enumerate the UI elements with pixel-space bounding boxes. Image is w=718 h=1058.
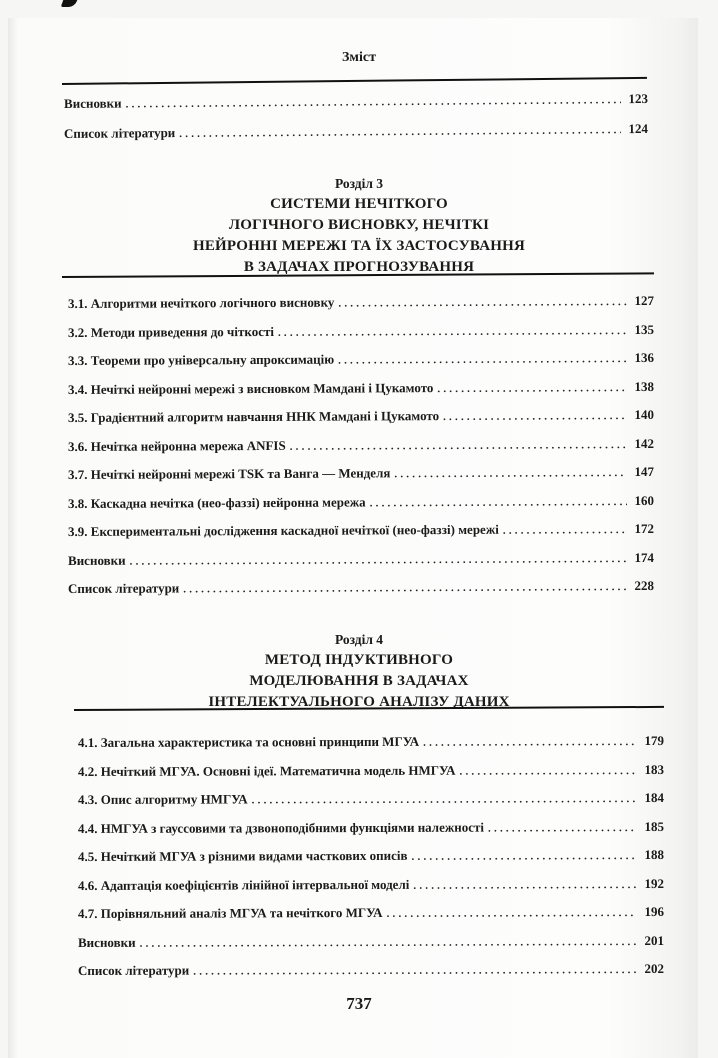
toc-entry-text: Градієнтний алгоритм навчання ННК Мамдан… bbox=[91, 408, 439, 425]
toc-entry-page: 188 bbox=[636, 847, 664, 863]
toc-entry-number: 4.3. bbox=[78, 792, 98, 807]
toc-entry-text: Висновки bbox=[64, 95, 122, 111]
toc-entry-title: 4.2. Нечіткий МГУА. Основні ідеї. Матема… bbox=[78, 762, 460, 779]
toc-entry-text: Нечіткі нейронні мережі TSK та Ванга — М… bbox=[91, 465, 391, 482]
toc-entry-number: 4.7. bbox=[78, 906, 98, 921]
toc-entry-page: 123 bbox=[620, 91, 648, 107]
toc-entry: 3.2. Методи приведення до чіткості......… bbox=[68, 321, 654, 340]
toc-entry-title: 3.2. Методи приведення до чіткості bbox=[68, 323, 278, 340]
toc-entry-text: Список літератури bbox=[68, 580, 179, 596]
toc-entry-text: Нечіткий МГУА. Основні ідеї. Математична… bbox=[101, 762, 456, 778]
toc-entry-text: Опис алгоритму НМГУА bbox=[101, 791, 248, 807]
dot-leader: ........................................… bbox=[193, 964, 636, 978]
toc-entry-page: 201 bbox=[636, 932, 664, 948]
toc-entry-page: 136 bbox=[626, 350, 654, 366]
toc-entry: Висновки................................… bbox=[68, 549, 654, 568]
dot-leader: ........................................… bbox=[488, 822, 637, 835]
toc-entry-page: 184 bbox=[636, 790, 664, 806]
toc-entry-page: 124 bbox=[620, 121, 648, 137]
toc-entry-page: 185 bbox=[636, 818, 664, 834]
toc-entry-page: 160 bbox=[626, 492, 654, 508]
toc-entry-page: 228 bbox=[626, 578, 654, 594]
toc-entry-title: 3.8. Каскадна нечітка (нео-фаззі) нейрон… bbox=[68, 494, 370, 512]
dot-leader: ........................................… bbox=[503, 524, 627, 537]
toc-entry-text: Порівняльний аналіз МГУА та нечіткого МГ… bbox=[101, 905, 383, 921]
toc-entry-title: 3.1. Алгоритми нечіткого логічного висно… bbox=[68, 295, 338, 312]
toc-entry-number: 3.5. bbox=[68, 410, 88, 425]
toc-entry-text: Список літератури bbox=[64, 125, 175, 141]
toc-entry-number: 3.4. bbox=[68, 381, 88, 396]
toc-entry: 4.2. Нечіткий МГУА. Основні ідеї. Матема… bbox=[78, 761, 664, 779]
dot-leader: ........................................… bbox=[183, 581, 626, 595]
page-number: 737 bbox=[0, 994, 718, 1014]
page-corner-mark bbox=[61, 0, 78, 7]
toc-entry-title: Висновки bbox=[64, 95, 126, 112]
dot-leader: ........................................… bbox=[387, 907, 637, 920]
toc-entry-title: 4.7. Порівняльний аналіз МГУА та нечітко… bbox=[78, 905, 387, 922]
chapter-label: Розділ 3 bbox=[0, 176, 718, 192]
toc-entry: 4.1. Загальна характеристика та основні … bbox=[78, 733, 664, 751]
toc-entry-page: 147 bbox=[626, 464, 654, 480]
toc-entry-text: Нечіткий МГУА з різними видами часткових… bbox=[101, 848, 408, 864]
dot-leader: ........................................… bbox=[394, 467, 626, 480]
toc-entry-title: 3.3. Теореми про універсальну апроксимац… bbox=[68, 352, 338, 369]
toc-entry-page: 140 bbox=[626, 407, 654, 423]
toc-entry-number: 4.5. bbox=[78, 849, 98, 864]
toc-entry-text: Теореми про універсальну апроксимацію bbox=[91, 352, 334, 368]
toc-entry: 4.3. Опис алгоритму НМГУА...............… bbox=[78, 790, 664, 808]
toc-entry-number: 3.1. bbox=[68, 296, 88, 311]
toc-entry-number: 3.8. bbox=[68, 495, 88, 510]
dot-leader: ........................................… bbox=[423, 736, 636, 749]
dot-leader: ........................................… bbox=[437, 382, 626, 395]
toc-entry-title: 3.6. Нечітка нейронна мережа ANFIS bbox=[68, 437, 290, 454]
toc-entry-number: 3.6. bbox=[68, 438, 88, 453]
toc-entry-title: 4.3. Опис алгоритму НМГУА bbox=[78, 791, 252, 808]
dot-leader: ........................................… bbox=[290, 439, 627, 453]
chapter-4-heading: Розділ 4 МЕТОД ІНДУКТИВНОГО МОДЕЛЮВАННЯ … bbox=[0, 632, 718, 713]
chapter-title-line: ЛОГІЧНОГО ВИСНОВКУ, НЕЧІТКІ bbox=[0, 215, 718, 236]
toc-entry-title: Список літератури bbox=[78, 963, 193, 979]
toc-entry-number: 4.1. bbox=[78, 735, 98, 750]
toc-entry-page: 142 bbox=[626, 435, 654, 451]
toc-entry: 3.8. Каскадна нечітка (нео-фаззі) нейрон… bbox=[68, 492, 654, 511]
toc-entry: Висновки................................… bbox=[78, 932, 664, 950]
toc-entry-number: 4.6. bbox=[78, 877, 98, 892]
dot-leader: ........................................… bbox=[252, 793, 637, 806]
chapter-title-line: НЕЙРОННІ МЕРЕЖІ ТА ЇХ ЗАСТОСУВАННЯ bbox=[0, 236, 718, 257]
toc-entry-page: 172 bbox=[626, 521, 654, 537]
toc-entry-page: 135 bbox=[626, 321, 654, 337]
toc-entry-text: Каскадна нечітка (нео-фаззі) нейронна ме… bbox=[91, 494, 366, 510]
dot-leader: ........................................… bbox=[412, 850, 637, 863]
toc-entry-text: Нечітка нейронна мережа ANFIS bbox=[91, 437, 286, 453]
chapter-title-line: СИСТЕМИ НЕЧІТКОГО bbox=[0, 194, 718, 215]
toc-entry: 3.7. Нечіткі нейронні мережі TSK та Ванг… bbox=[68, 464, 654, 483]
toc-entry-text: Висновки bbox=[78, 934, 136, 949]
toc-entry-title: Висновки bbox=[68, 552, 130, 568]
toc-entry: 4.5. Нечіткий МГУА з різними видами част… bbox=[78, 847, 664, 865]
toc-entry-page: 196 bbox=[636, 904, 664, 920]
dot-leader: ........................................… bbox=[413, 879, 636, 892]
toc-entry: 4.4. НМГУА з гауссовими та дзвоноподібни… bbox=[78, 818, 664, 836]
toc-entry-number: 3.9. bbox=[68, 524, 88, 539]
dot-leader: ........................................… bbox=[140, 936, 637, 950]
dot-leader: ........................................… bbox=[443, 410, 626, 423]
toc-entry-title: Висновки bbox=[78, 934, 140, 950]
toc-entry-title: 4.6. Адаптація коефіцієнтів лінійної інт… bbox=[78, 876, 413, 893]
toc-entry-title: Список літератури bbox=[64, 125, 179, 142]
toc-entry-title: 3.9. Експериментальні дослідження каскад… bbox=[68, 522, 503, 540]
toc-entry-number: 3.7. bbox=[68, 467, 88, 482]
chapter-title-line: МЕТОД ІНДУКТИВНОГО bbox=[0, 650, 718, 671]
toc-entry-text: НМГУА з гауссовими та дзвоноподібними фу… bbox=[101, 819, 484, 835]
toc-entry-number: 4.4. bbox=[78, 820, 98, 835]
toc-entry-page: 179 bbox=[636, 733, 664, 749]
toc-entry-page: 192 bbox=[636, 875, 664, 891]
toc-entry-text: Адаптація коефіцієнтів лінійної інтервал… bbox=[101, 876, 410, 892]
toc-entry-title: 3.7. Нечіткі нейронні мережі TSK та Ванг… bbox=[68, 465, 394, 483]
dot-leader: ........................................… bbox=[130, 553, 627, 568]
toc-entry: 4.7. Порівняльний аналіз МГУА та нечітко… bbox=[78, 904, 664, 922]
running-head: Зміст bbox=[0, 50, 718, 66]
dot-leader: ........................................… bbox=[459, 765, 636, 778]
dot-leader: ........................................… bbox=[338, 296, 626, 310]
toc-entry: 3.5. Градієнтний алгоритм навчання ННК М… bbox=[68, 407, 654, 426]
toc-entry-title: 3.4. Нечіткі нейронні мережі з висновком… bbox=[68, 380, 437, 398]
toc-entry-text: Нечіткі нейронні мережі з висновком Мамд… bbox=[91, 380, 434, 397]
toc-entry: 3.3. Теореми про універсальну апроксимац… bbox=[68, 350, 654, 369]
dot-leader: ........................................… bbox=[278, 325, 627, 339]
dot-leader: ........................................… bbox=[370, 496, 627, 509]
chapter-3-heading: Розділ 3 СИСТЕМИ НЕЧІТКОГО ЛОГІЧНОГО ВИС… bbox=[0, 176, 718, 278]
dot-leader: ........................................… bbox=[179, 124, 620, 140]
toc-entry: 4.6. Адаптація коефіцієнтів лінійної інт… bbox=[78, 875, 664, 893]
toc-entry-number: 4.2. bbox=[78, 763, 98, 778]
toc-entry-title: Список літератури bbox=[68, 580, 183, 597]
toc-entry-number: 3.2. bbox=[68, 324, 88, 339]
toc-entry-title: 4.5. Нечіткий МГУА з різними видами част… bbox=[78, 848, 412, 865]
toc-entry-text: Алгоритми нечіткого логічного висновку bbox=[91, 295, 335, 311]
toc-entry-page: 138 bbox=[626, 378, 654, 394]
toc-entry: Список літератури.......................… bbox=[78, 961, 664, 979]
chapter-label: Розділ 4 bbox=[0, 632, 718, 648]
chapter-title-line: МОДЕЛЮВАННЯ В ЗАДАЧАХ bbox=[0, 671, 718, 692]
toc-entry-title: 4.1. Загальна характеристика та основні … bbox=[78, 734, 423, 751]
toc-entry-page: 183 bbox=[636, 761, 664, 777]
toc-entry-title: 3.5. Градієнтний алгоритм навчання ННК М… bbox=[68, 408, 443, 426]
toc-entry-page: 174 bbox=[626, 549, 654, 565]
toc-entry-text: Висновки bbox=[68, 552, 126, 567]
toc-entry-number: 3.3. bbox=[68, 353, 88, 368]
toc-entry-text: Експериментальні дослідження каскадної н… bbox=[91, 522, 499, 539]
toc-entry-text: Загальна характеристика та основні принц… bbox=[101, 734, 419, 750]
toc-entry: 3.9. Експериментальні дослідження каскад… bbox=[68, 521, 654, 540]
dot-leader: ........................................… bbox=[338, 353, 626, 367]
toc-entry-page: 202 bbox=[636, 961, 664, 977]
toc-entry-page: 127 bbox=[626, 293, 654, 309]
toc-entry: 3.6. Нечітка нейронна мережа ANFIS......… bbox=[68, 435, 654, 454]
toc-entry: 3.1. Алгоритми нечіткого логічного висно… bbox=[68, 293, 654, 312]
toc-entry-text: Методи приведення до чіткості bbox=[91, 323, 274, 339]
toc-entry: 3.4. Нечіткі нейронні мережі з висновком… bbox=[68, 378, 654, 397]
toc-entry: Список літератури.......................… bbox=[68, 578, 654, 597]
toc-entry-text: Список літератури bbox=[78, 963, 189, 978]
toc-entry-title: 4.4. НМГУА з гауссовими та дзвоноподібни… bbox=[78, 819, 488, 836]
